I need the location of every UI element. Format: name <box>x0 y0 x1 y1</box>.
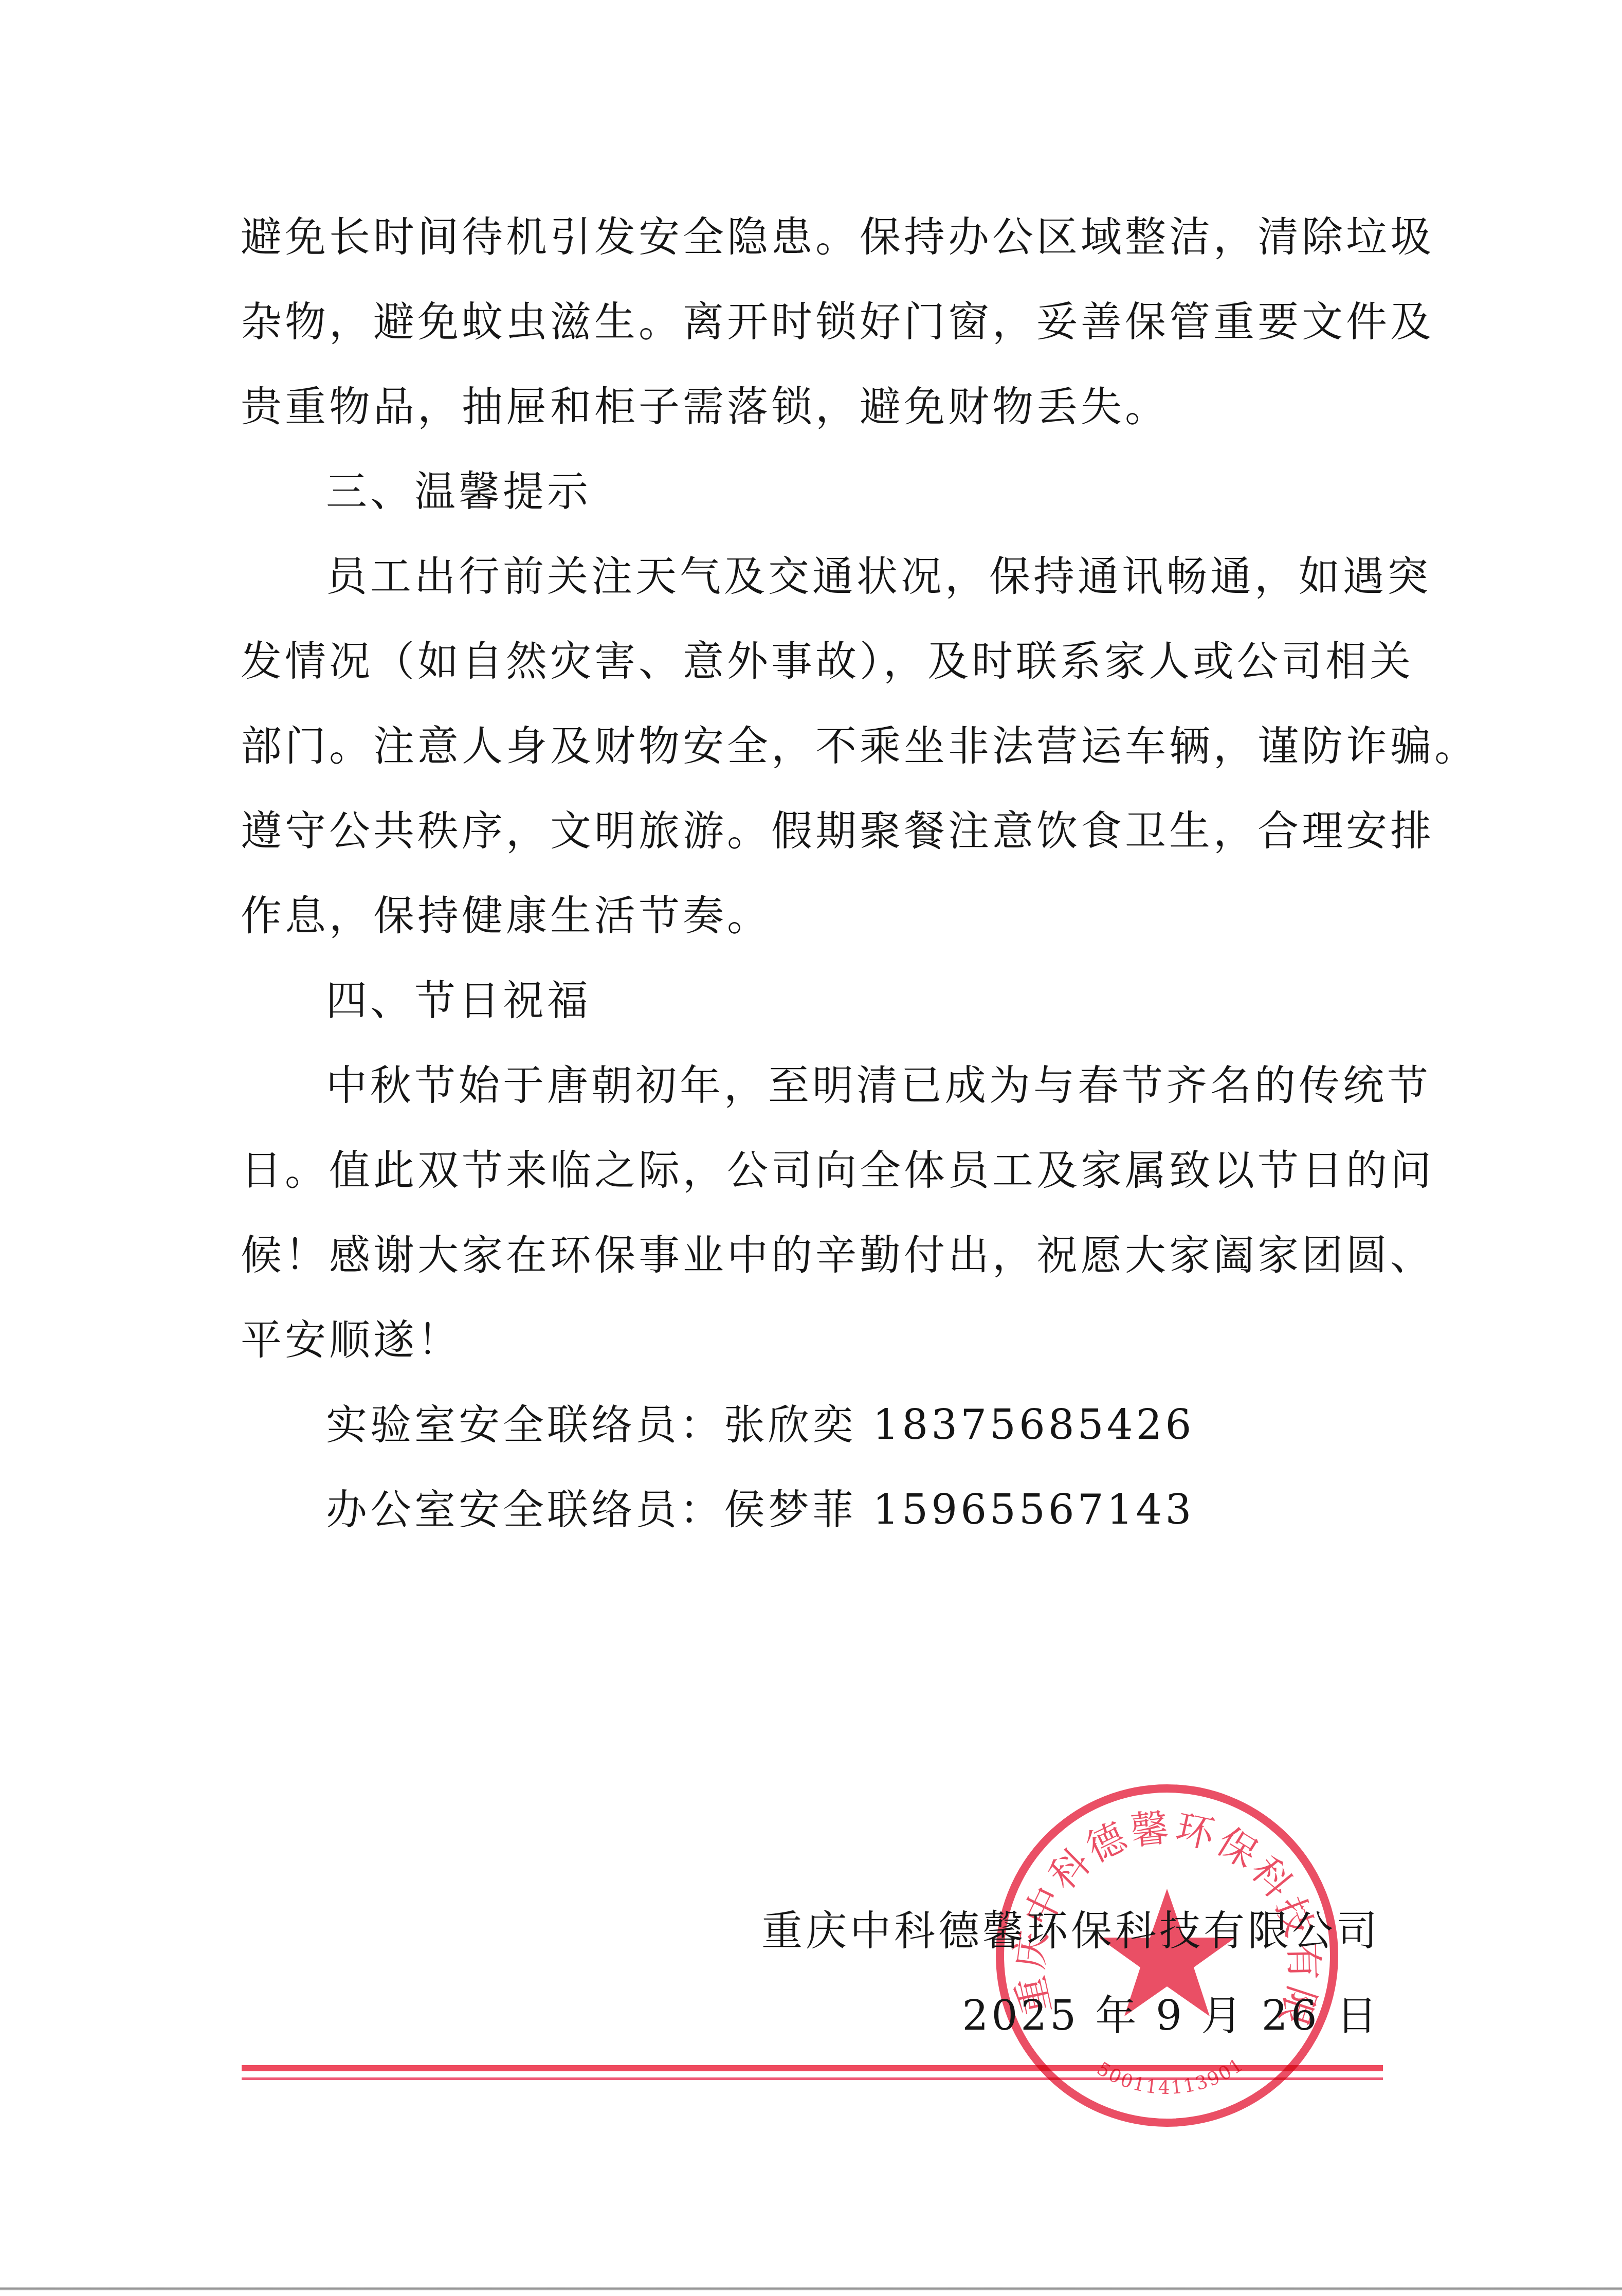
text-line: 贵重物品，抽屉和柜子需落锁，避免财物丢失。 <box>241 364 1384 449</box>
signature-date: 2025 年 9 月 26 日 <box>962 1982 1380 2041</box>
section-heading-greetings: 四、节日祝福 <box>241 958 1384 1043</box>
text-line: 候！感谢大家在环保事业中的辛勤付出，祝愿大家阖家团圆、 <box>241 1213 1384 1297</box>
paragraph-tips: 员工出行前关注天气及交通状况，保持通讯畅通，如遇突 发情况（如自然灾害、意外事故… <box>241 534 1384 958</box>
contact-label: 办公室安全联络员： <box>326 1486 724 1533</box>
text-line: 避免长时间待机引发安全隐患。保持办公区域整洁，清除垃圾 <box>241 194 1384 279</box>
text-line: 作息，保持健康生活节奏。 <box>241 873 1384 958</box>
contact-office-safety: 办公室安全联络员：侯梦菲 15965567143 <box>241 1467 1384 1552</box>
document-page: 避免长时间待机引发安全隐患。保持办公区域整洁，清除垃圾 杂物，避免蚊虫滋生。离开… <box>0 0 1622 2296</box>
contact-name: 张欣奕 <box>724 1401 856 1449</box>
scan-edge-line <box>0 2287 1622 2290</box>
text-line: 日。值此双节来临之际，公司向全体员工及家属致以节日的问 <box>241 1128 1384 1213</box>
text-line: 中秋节始于唐朝初年，至明清已成为与春节齐名的传统节 <box>241 1043 1384 1128</box>
text-line: 杂物，避免蚊虫滋生。离开时锁好门窗，妥善保管重要文件及 <box>241 279 1384 364</box>
text-line: 遵守公共秩序，文明旅游。假期聚餐注意饮食卫生，合理安排 <box>241 788 1384 873</box>
section-heading-tips: 三、温馨提示 <box>241 449 1384 534</box>
contact-lab-safety: 实验室安全联络员：张欣奕 18375685426 <box>241 1382 1384 1467</box>
document-body: 避免长时间待机引发安全隐患。保持办公区域整洁，清除垃圾 杂物，避免蚊虫滋生。离开… <box>241 194 1384 1552</box>
text-line: 发情况（如自然灾害、意外事故），及时联系家人或公司相关 <box>241 619 1384 703</box>
contact-name: 侯梦菲 <box>724 1486 856 1533</box>
contact-phone: 15965567143 <box>872 1486 1194 1533</box>
contact-phone: 18375685426 <box>872 1401 1194 1449</box>
signature-company: 重庆中科德馨环保科技有限公司 <box>761 1897 1380 1957</box>
text-line: 平安顺遂！ <box>241 1297 1384 1382</box>
paragraph-greetings: 中秋节始于唐朝初年，至明清已成为与春节齐名的传统节 日。值此双节来临之际，公司向… <box>241 1043 1384 1382</box>
contact-label: 实验室安全联络员： <box>326 1401 724 1449</box>
text-line: 部门。注意人身及财物安全，不乘坐非法营运车辆，谨防诈骗。 <box>241 703 1384 788</box>
paragraph-office-safety: 避免长时间待机引发安全隐患。保持办公区域整洁，清除垃圾 杂物，避免蚊虫滋生。离开… <box>241 194 1384 449</box>
text-line: 员工出行前关注天气及交通状况，保持通讯畅通，如遇突 <box>241 534 1384 619</box>
